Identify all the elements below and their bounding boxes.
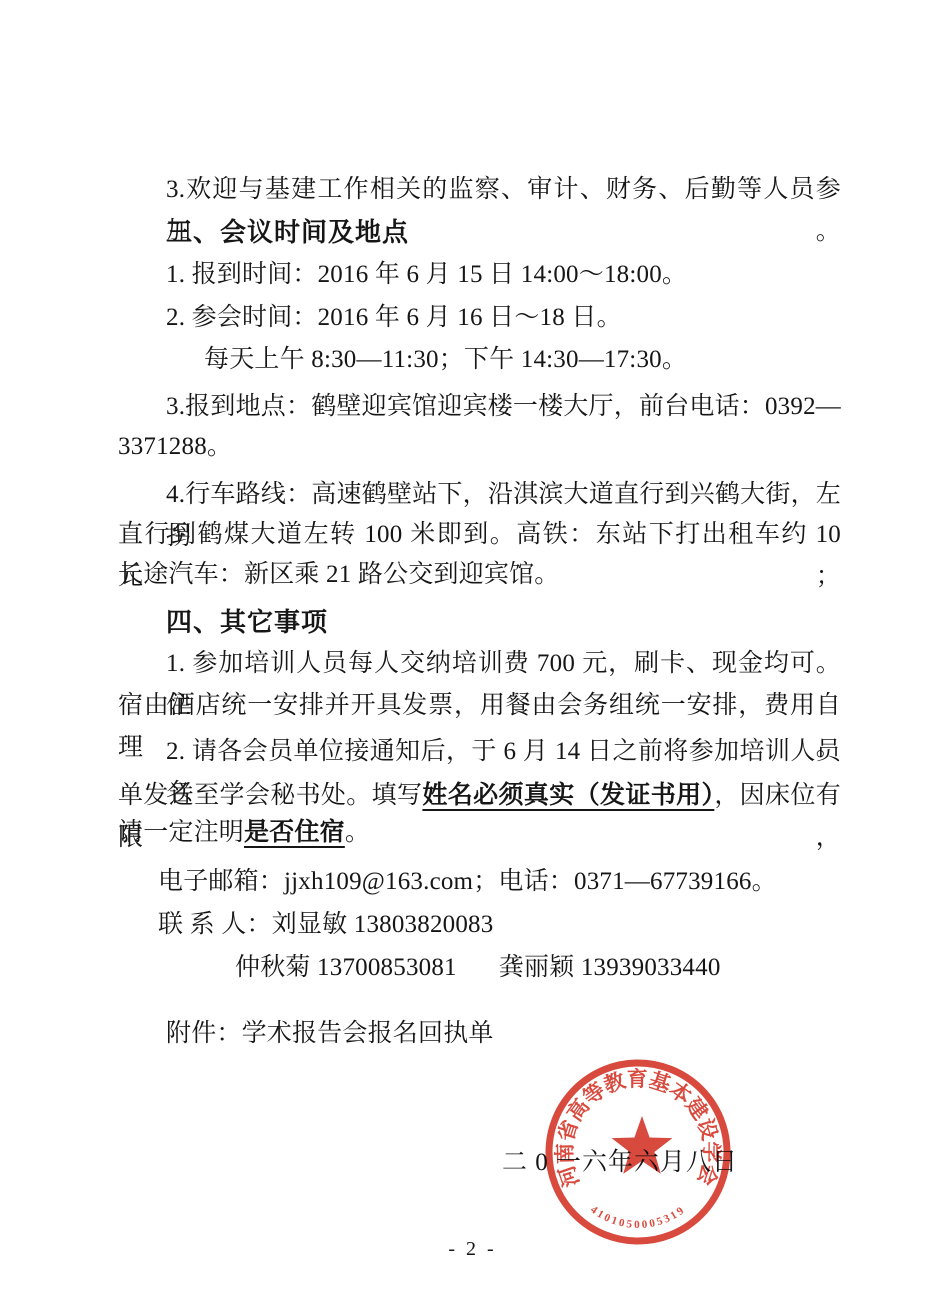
- line-contact-2: 仲秋菊 13700853081龚丽颖 13939033440: [118, 947, 841, 989]
- register-2-plain-a: 单发送至学会秘书处。填写: [118, 782, 422, 809]
- seal-code-text: 4101050005319: [588, 1204, 688, 1231]
- line-attachment: 附件：学术报告会报名回执单: [118, 1013, 841, 1055]
- line-route-3: 长途汽车：新区乘 21 路公交到迎宾馆。: [118, 554, 841, 596]
- register-3-plain-b: 。: [345, 819, 370, 846]
- line-meeting-time: 2. 参会时间：2016 年 6 月 16 日～18 日。: [118, 297, 841, 339]
- line-phone-cont: 3371288。: [118, 426, 841, 468]
- contact-gong: 龚丽颖 13939033440: [499, 954, 721, 981]
- line-daily-schedule: 每天上午 8:30—11:30；下午 14:30—17:30。: [118, 339, 841, 381]
- register-3-plain-a: 请一定注明: [118, 819, 244, 846]
- register-3-underlined: 是否住宿: [244, 819, 345, 846]
- contact-zhong: 仲秋菊 13700853081: [235, 954, 457, 981]
- line-checkin-time: 1. 报到时间：2016 年 6 月 15 日 14:00～18:00。: [118, 254, 841, 296]
- line-checkin-place: 3.报到地点：鹤壁迎宾馆迎宾楼一楼大厅，前台电话：0392—: [118, 386, 841, 428]
- register-2-underlined: 姓名必须真实（发证书用）: [422, 782, 714, 809]
- line-email-phone: 电子邮箱：jjxh109@163.com；电话：0371—67739166。: [118, 861, 841, 903]
- section-heading-4: 四、其它事项: [118, 601, 841, 643]
- scanned-document-page: 3.欢迎与基建工作相关的监察、审计、财务、后勤等人员参加。 三、会议时间及地点 …: [0, 0, 945, 1303]
- document-date: 二 0 一六年六月八日: [502, 1143, 738, 1183]
- section-heading-3: 三、会议时间及地点: [118, 211, 841, 253]
- line-register-3: 请一定注明是否住宿。: [118, 812, 841, 854]
- page-number: - 2 -: [0, 1238, 945, 1261]
- line-contact-1: 联 系 人：刘显敏 13803820083: [118, 904, 841, 946]
